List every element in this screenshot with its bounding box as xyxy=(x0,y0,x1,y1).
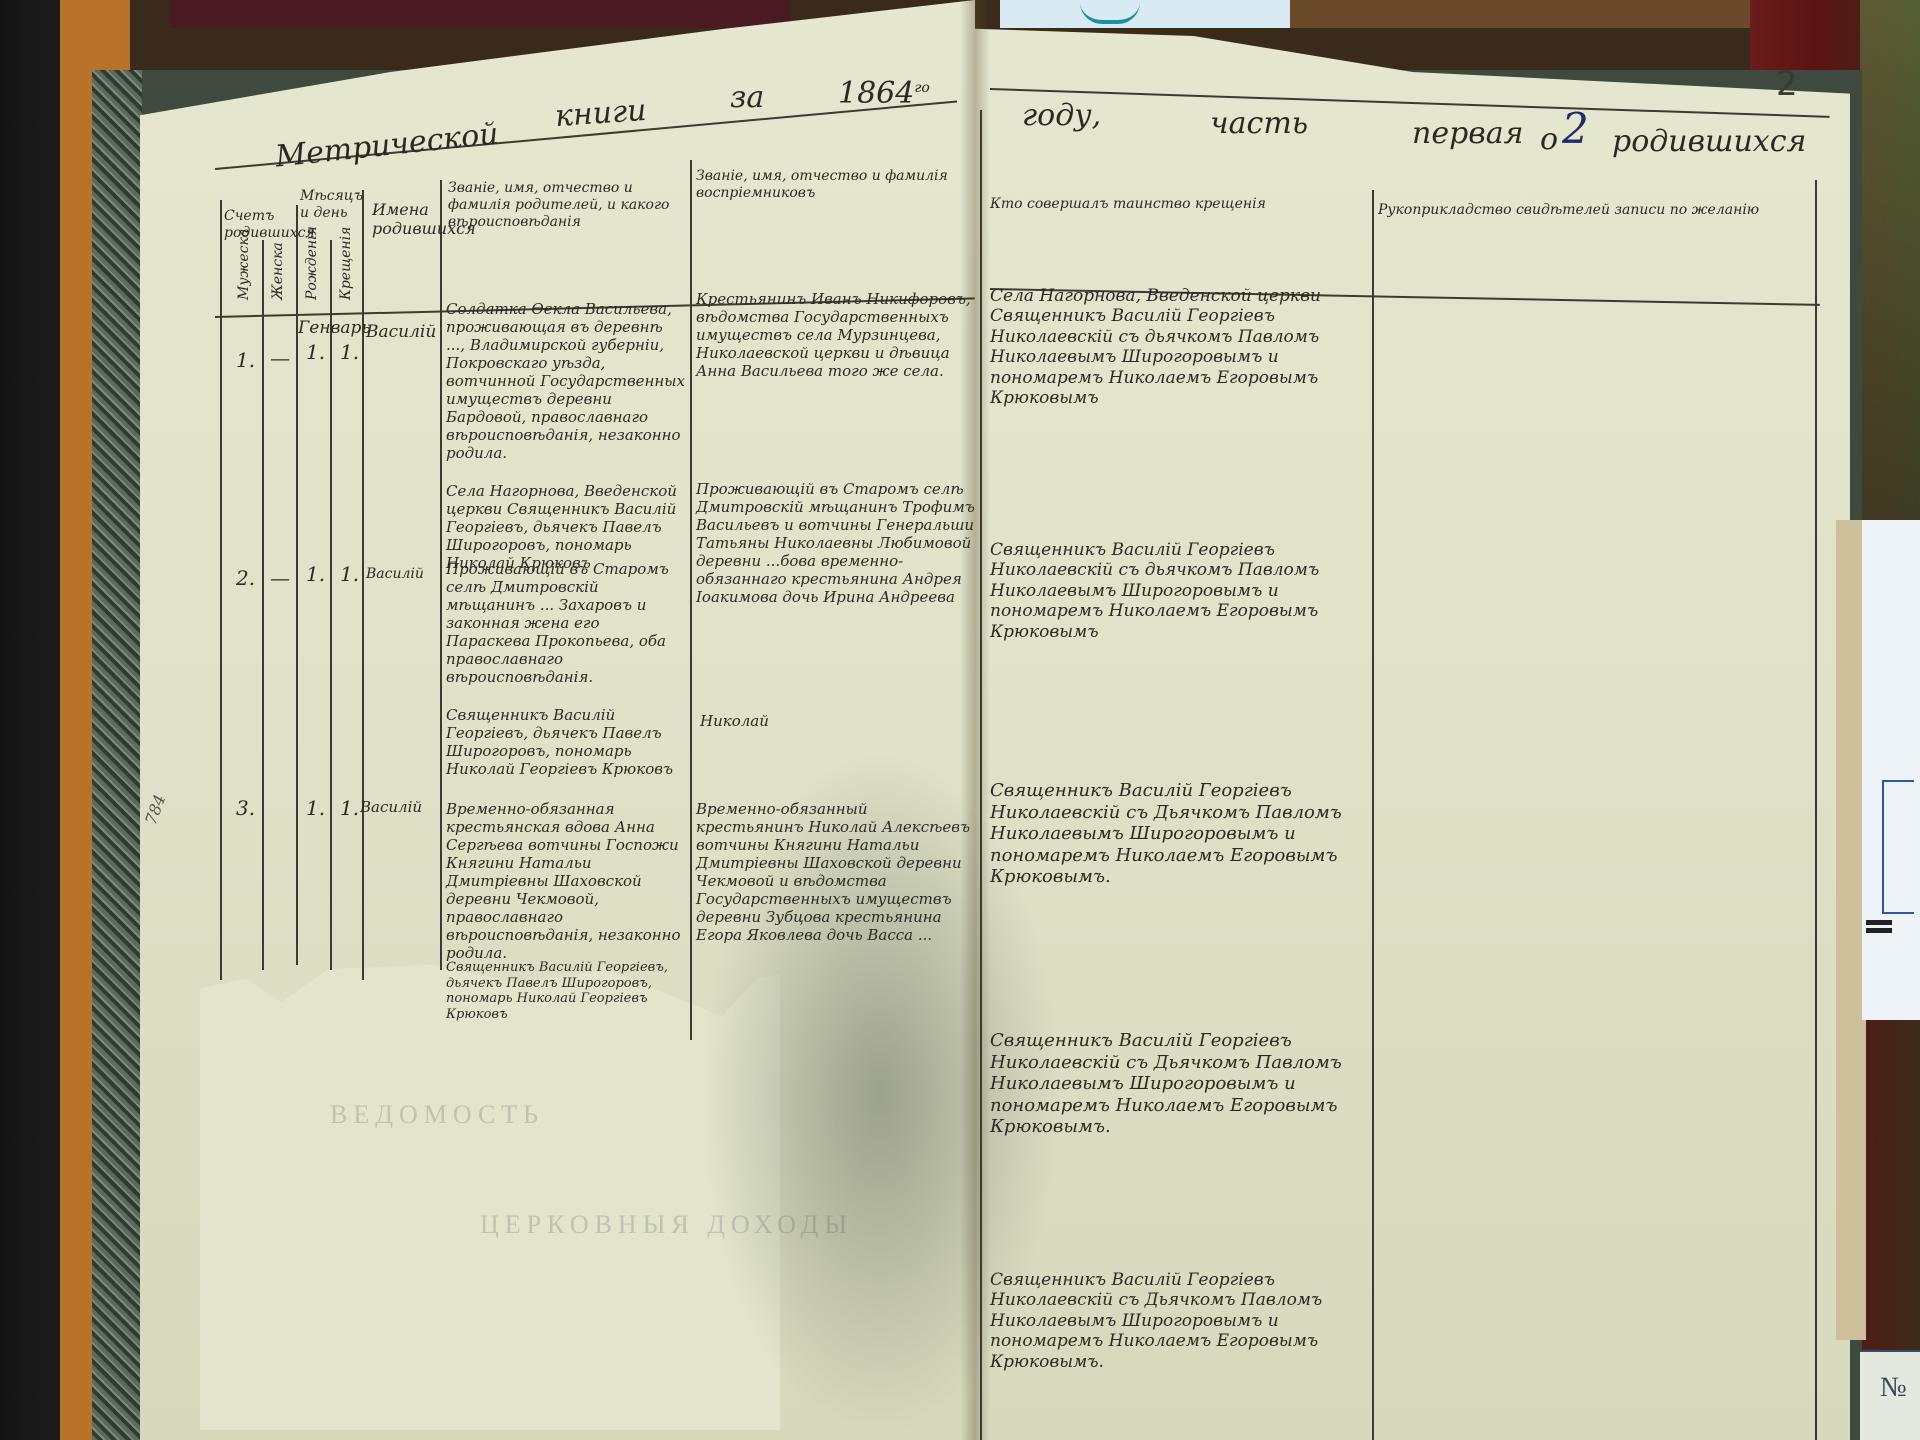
entry-1-godparents: Крестьянинъ Иванъ Никифоровъ, вѣдомства … xyxy=(696,290,976,380)
entry-3-parents-signature: Священникъ Василій Георгіевъ, дьячекъ Па… xyxy=(446,960,686,1022)
background-book xyxy=(1290,0,1790,28)
entry-3-birth-day: 1. xyxy=(306,796,325,820)
header-part: часть xyxy=(1210,106,1308,142)
col-header-names: Имена родившихся xyxy=(372,200,438,238)
entry-2-male-no: 2. xyxy=(236,566,255,590)
marbled-cover-edge xyxy=(92,70,142,1440)
col-header-parents: Званіе, имя, отчество и фамилія родителе… xyxy=(448,180,688,230)
header-book: книги xyxy=(554,93,648,135)
entry-2-female-no: — xyxy=(270,566,290,590)
blue-ink-box xyxy=(1882,780,1914,914)
background-book xyxy=(170,0,790,28)
entry-1-parents: Солдатка Ѳекла Васильева, проживающая въ… xyxy=(446,300,686,462)
entry-3-male-no: 3. xyxy=(236,796,255,820)
black-marker-lines xyxy=(1866,920,1892,925)
column-rule xyxy=(1815,180,1817,1440)
entry-1-birth-day: 1. xyxy=(306,340,325,364)
entry-1-male-no: 1. xyxy=(236,348,255,372)
header-za: за xyxy=(730,80,764,116)
col-header-month-day: Мѣсяцъ и день xyxy=(300,188,362,222)
entry-2-name: Василій xyxy=(366,566,424,583)
col-header-female: Женска xyxy=(270,242,287,300)
entry-2-baptism-day: 1. xyxy=(340,562,359,586)
col-header-godparents: Званіе, имя, отчество и фамилія воспріем… xyxy=(696,168,976,202)
header-section: родившихся xyxy=(1612,124,1806,160)
performed-by-block-5: Священникъ Василій Георгіевъ Николаевскі… xyxy=(990,1270,1380,1372)
entry-3-baptism-day: 1. xyxy=(340,796,359,820)
entry-1-month: Генварь xyxy=(298,318,371,338)
entry-2-godparents-note: Николай xyxy=(700,712,769,730)
page-number: 2 xyxy=(1776,64,1798,104)
col-header-signatures: Рукоприкладство свидѣтелей записи по жел… xyxy=(1378,202,1813,219)
column-rule xyxy=(980,110,982,1440)
pen-scribble xyxy=(1080,2,1140,24)
entry-1-name: Василій xyxy=(366,322,436,342)
col-header-male: Мужеска xyxy=(236,229,253,300)
entry-2-parents: Проживающій въ Старомъ селѣ Дмитровскій … xyxy=(446,560,686,686)
header-part-ordinal: первая xyxy=(1412,116,1524,152)
entry-2-birth-day: 1. xyxy=(306,562,325,586)
bleed-through-print: ВЕДОМОСТЬ xyxy=(330,1100,544,1130)
column-rule xyxy=(440,180,442,970)
column-rule xyxy=(362,190,364,980)
col-header-count: Счетъ родившихся xyxy=(224,208,294,242)
entry-3-godparents: Временно-обязанный крестьянинъ Николай А… xyxy=(696,800,976,944)
entry-3-parents: Временно-обязанная крестьянская вдова Ан… xyxy=(446,800,686,962)
column-rule xyxy=(220,200,222,980)
entry-1-female-no: — xyxy=(270,346,290,370)
col-header-baptism: Крещенія xyxy=(338,227,355,300)
performed-by-block-4: Священникъ Василій Георгіевъ Николаевскі… xyxy=(990,1030,1380,1138)
entry-2-godparents: Проживающій въ Старомъ селѣ Дмитровскій … xyxy=(696,480,976,606)
background-plant xyxy=(1860,0,1920,520)
section-number: 2 xyxy=(1562,104,1589,154)
header-god: году, xyxy=(1022,98,1101,134)
col-header-birth: Рожденія xyxy=(304,226,321,300)
column-rule xyxy=(690,160,692,1040)
torn-page-region xyxy=(200,960,780,1430)
column-rule xyxy=(330,240,332,970)
entry-1-performed-by: Села Нагорнова, Введенской церкви Священ… xyxy=(990,286,1370,408)
col-header-performed-by: Кто совершалъ таинство крещенія xyxy=(990,196,1360,213)
background-paper xyxy=(1000,0,1300,28)
column-rule xyxy=(262,240,264,970)
entry-1-baptism-day: 1. xyxy=(340,340,359,364)
entry-2-parents-signature: Священникъ Василій Георгіевъ, дьячекъ Па… xyxy=(446,706,686,778)
entry-2-performed-by: Священникъ Василій Георгіевъ Николаевскі… xyxy=(990,540,1370,642)
entry-3-name: Василій xyxy=(360,798,422,816)
entry-3-performed-by: Священникъ Василій Георгіевъ Николаевскі… xyxy=(990,780,1380,888)
bottom-slip: № xyxy=(1860,1350,1920,1440)
header-year: 1864го xyxy=(838,76,930,112)
entry-2-parents-note: Села Нагорнова, Введенской церкви Священ… xyxy=(446,482,686,572)
header-o: о xyxy=(1540,122,1558,158)
paper-slip-insert xyxy=(1862,520,1920,1020)
